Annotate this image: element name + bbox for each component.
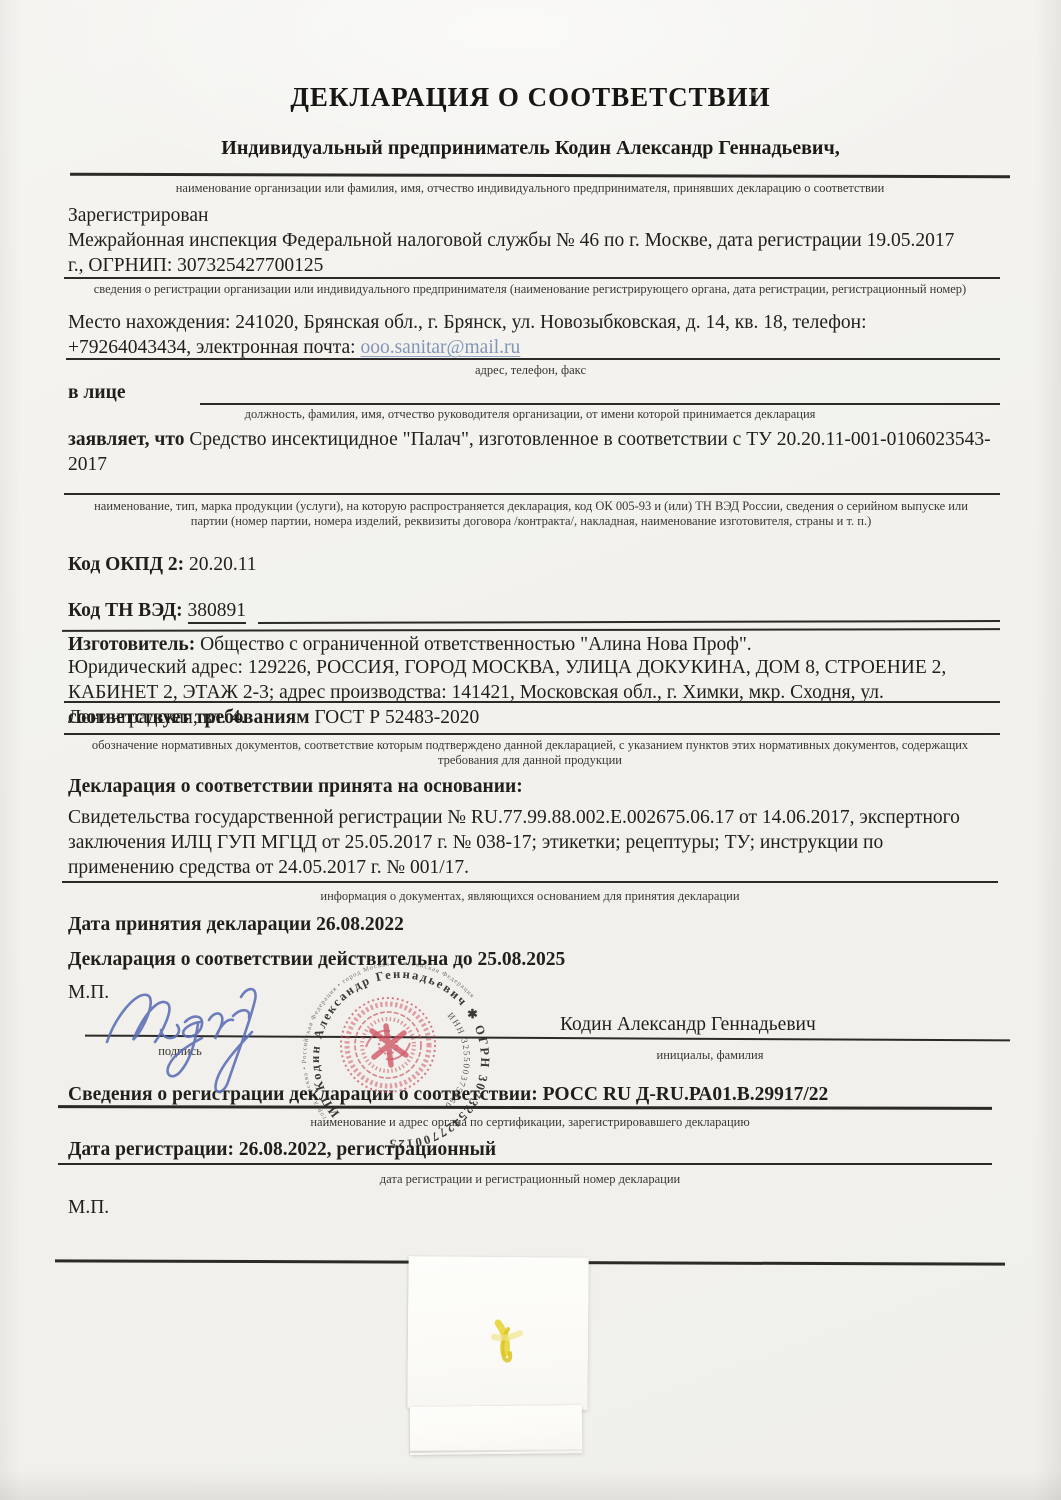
document-page: ДЕКЛАРАЦИЯ О СООТВЕТСТВИИ Индивидуальный… [0, 0, 1061, 1500]
applicant-name: Индивидуальный предприниматель Кодин Але… [0, 137, 1061, 160]
divider-line [66, 358, 1000, 360]
document-title: ДЕКЛАРАЦИЯ О СООТВЕТСТВИИ [0, 82, 1061, 113]
divider-line [64, 733, 1000, 735]
signatory-name: Кодин Александр Геннадьевич [560, 1013, 880, 1038]
divider-line [258, 620, 1000, 623]
conformity-line: соответствует требованиям ГОСТ Р 52483-2… [68, 706, 479, 731]
conformity-standard: ГОСТ Р 52483-2020 [314, 707, 479, 728]
conformity-caption: обозначение нормативных документов, соот… [70, 738, 990, 769]
tnved-line: Код ТН ВЭД: 380891 [68, 599, 246, 624]
okpd-label: Код ОКПД 2: [68, 554, 184, 575]
basis-text: Свидетельства государственной регистраци… [68, 806, 980, 881]
declares-label: заявляет, что [68, 429, 185, 450]
stamp-outer-text: ИП Кодин Александр Геннадьевич ✱ ОГРН 30… [286, 945, 514, 1173]
divider-line [200, 403, 1000, 405]
divider-line [58, 1163, 992, 1165]
divider-line [62, 881, 998, 883]
registered-status: Зарегистрирован [68, 204, 208, 229]
strip-crease [410, 1449, 582, 1453]
tnved-value: 380891 [188, 600, 247, 624]
manufacturer-line: Изготовитель: Общество с ограниченной от… [68, 633, 1018, 658]
reg-date-caption: дата регистрации и регистрационный номер… [80, 1172, 980, 1187]
okpd-line: Код ОКПД 2: 20.20.11 [68, 553, 257, 578]
paper-strip-flap [410, 1405, 582, 1455]
applicant-caption: наименование организации или фамилия, им… [60, 181, 1000, 196]
declaration-statement: заявляет, что Средство инсектицидное "Па… [68, 428, 998, 478]
conformity-label: соответствует требованиям [68, 707, 310, 728]
divider-line [70, 173, 1010, 178]
tnved-label: Код ТН ВЭД: [68, 600, 183, 621]
manufacturer-name: Общество с ограниченной ответственностью… [200, 634, 752, 655]
divider-line [64, 701, 1000, 703]
manufacturer-label: Изготовитель: [68, 634, 195, 655]
registration-caption: сведения о регистрации организации или и… [80, 282, 980, 297]
divider-line [64, 493, 1000, 495]
location-text: Место нахождения: 241020, Брянская обл.,… [68, 311, 968, 361]
divider-line [64, 277, 1000, 279]
scan-speck [752, 92, 756, 96]
divider-line [62, 628, 1000, 632]
yellow-smudge [480, 1315, 541, 1376]
registration-text: Межрайонная инспекция Федеральной налого… [68, 229, 956, 279]
product-caption: наименование, тип, марка продукции (услу… [75, 499, 987, 530]
handwritten-signature [95, 972, 310, 1112]
round-stamp: ИП Кодин Александр Геннадьевич ✱ ОГРН 30… [286, 945, 514, 1173]
email-link[interactable]: ooo.sanitar@mail.ru [360, 337, 520, 358]
basis-heading: Декларация о соответствии принята на осн… [68, 775, 523, 800]
okpd-value: 20.20.11 [189, 554, 257, 575]
signatory-caption: инициалы, фамилия [625, 1048, 795, 1063]
product-text: Средство инсектицидное "Палач", изготовл… [68, 429, 991, 475]
stamp-red-emblem [341, 998, 435, 1092]
basis-caption: информация о документах, являющихся осно… [80, 889, 980, 904]
person-caption: должность, фамилия, имя, отчество руково… [100, 407, 960, 422]
svg-text:ИП Кодин Александр Геннадьевич: ИП Кодин Александр Геннадьевич ✱ ОГРН 30… [286, 945, 514, 1173]
adoption-date-line: Дата принятия декларации 26.08.2022 [68, 913, 404, 938]
in-person-label: в лице [68, 381, 125, 406]
mp-label-2: М.П. [68, 1196, 109, 1221]
paper-strip [407, 1256, 588, 1410]
cert-body-caption: наименование и адрес органа по сертифика… [80, 1115, 980, 1130]
address-caption: адрес, телефон, факс [0, 363, 1061, 378]
